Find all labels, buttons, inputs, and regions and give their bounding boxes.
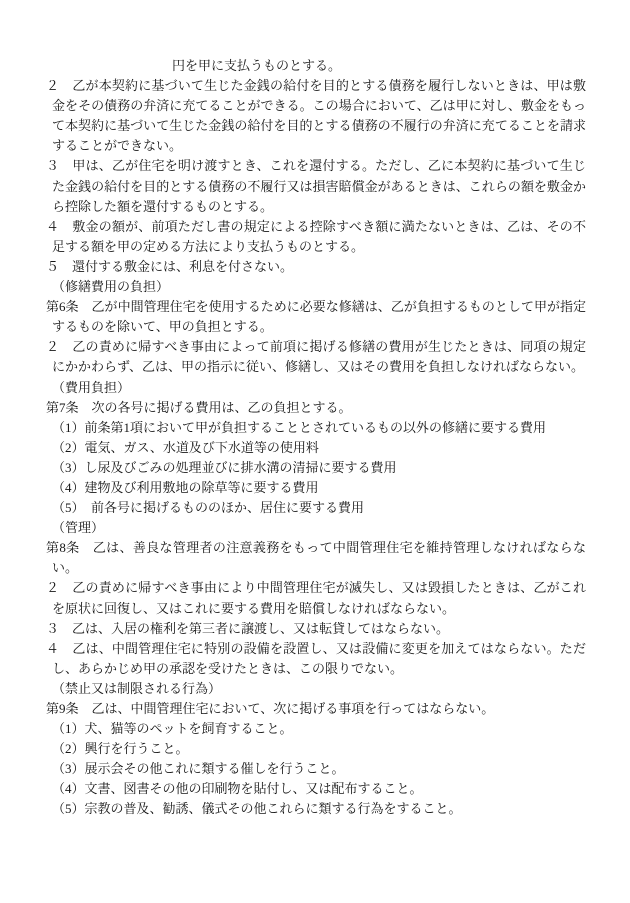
clause-paragraph: ４ 敷金の額が、前項ただし書の規定による控除すべき額に満たないときは、乙は、その… bbox=[52, 217, 586, 257]
clause-paragraph: ２ 乙の責めに帰すべき事由によって前項に掲げる修繕の費用が生じたときは、同項の規… bbox=[52, 337, 586, 377]
article-paragraph: 第6条 乙が中間管理住宅を使用するために必要な修繕は、乙が負担するものとして甲が… bbox=[52, 297, 586, 337]
clause-paragraph: ３ 乙は、入居の権利を第三者に譲渡し、又は転貸してはならない。 bbox=[52, 619, 586, 639]
enumerated-item: （3）し尿及びごみの処理並びに排水溝の清掃に要する費用 bbox=[52, 458, 586, 478]
enumerated-item: （2）興行を行うこと。 bbox=[52, 739, 586, 759]
article-caption: （管理） bbox=[52, 518, 586, 538]
contract-text-body: 円を甲に支払うものとする。２ 乙が本契約に基づいて生じた金銭の給付を目的とする債… bbox=[52, 56, 586, 820]
enumerated-item: （2）電気、ガス、水道及び下水道等の使用料 bbox=[52, 438, 586, 458]
article-paragraph: 第7条 次の各号に掲げる費用は、乙の負担とする。 bbox=[52, 398, 586, 418]
continued-sentence-fragment: 円を甲に支払うものとする。 bbox=[52, 56, 586, 76]
article-caption: （費用負担） bbox=[52, 378, 586, 398]
article-caption: （禁止又は制限される行為） bbox=[52, 679, 586, 699]
enumerated-item: （4）文書、図書その他の印刷物を貼付し、又は配布すること。 bbox=[52, 779, 586, 799]
enumerated-item: （3）展示会その他これに類する催しを行うこと。 bbox=[52, 759, 586, 779]
enumerated-item: （4）建物及び利用敷地の除草等に要する費用 bbox=[52, 478, 586, 498]
enumerated-item: （5）宗教の普及、勧誘、儀式その他これらに類する行為をすること。 bbox=[52, 799, 586, 819]
clause-paragraph: ２ 乙の責めに帰すべき事由により中間管理住宅が滅失し、又は毀損したときは、乙がこ… bbox=[52, 578, 586, 618]
clause-paragraph: ２ 乙が本契約に基づいて生じた金銭の給付を目的とする債務を履行しないときは、甲は… bbox=[52, 76, 586, 156]
article-paragraph: 第8条 乙は、善良な管理者の注意義務をもって中間管理住宅を維持管理しなければなら… bbox=[52, 538, 586, 578]
enumerated-item: （1）犬、猫等のペットを飼育すること。 bbox=[52, 719, 586, 739]
enumerated-item: （5） 前各号に掲げるもののほか、居住に要する費用 bbox=[52, 498, 586, 518]
enumerated-item: （1）前条第1項において甲が負担することとされているもの以外の修繕に要する費用 bbox=[52, 418, 586, 438]
clause-paragraph: ４ 乙は、中間管理住宅に特別の設備を設置し、又は設備に変更を加えてはならない。た… bbox=[52, 639, 586, 679]
clause-paragraph: ５ 還付する敷金には、利息を付さない。 bbox=[52, 257, 586, 277]
clause-paragraph: ３ 甲は、乙が住宅を明け渡すとき、これを還付する。ただし、乙に本契約に基づいて生… bbox=[52, 156, 586, 216]
document-page: 円を甲に支払うものとする。２ 乙が本契約に基づいて生じた金銭の給付を目的とする債… bbox=[0, 0, 630, 903]
article-caption: （修繕費用の負担） bbox=[52, 277, 586, 297]
article-paragraph: 第9条 乙は、中間管理住宅において、次に掲げる事項を行ってはならない。 bbox=[52, 699, 586, 719]
